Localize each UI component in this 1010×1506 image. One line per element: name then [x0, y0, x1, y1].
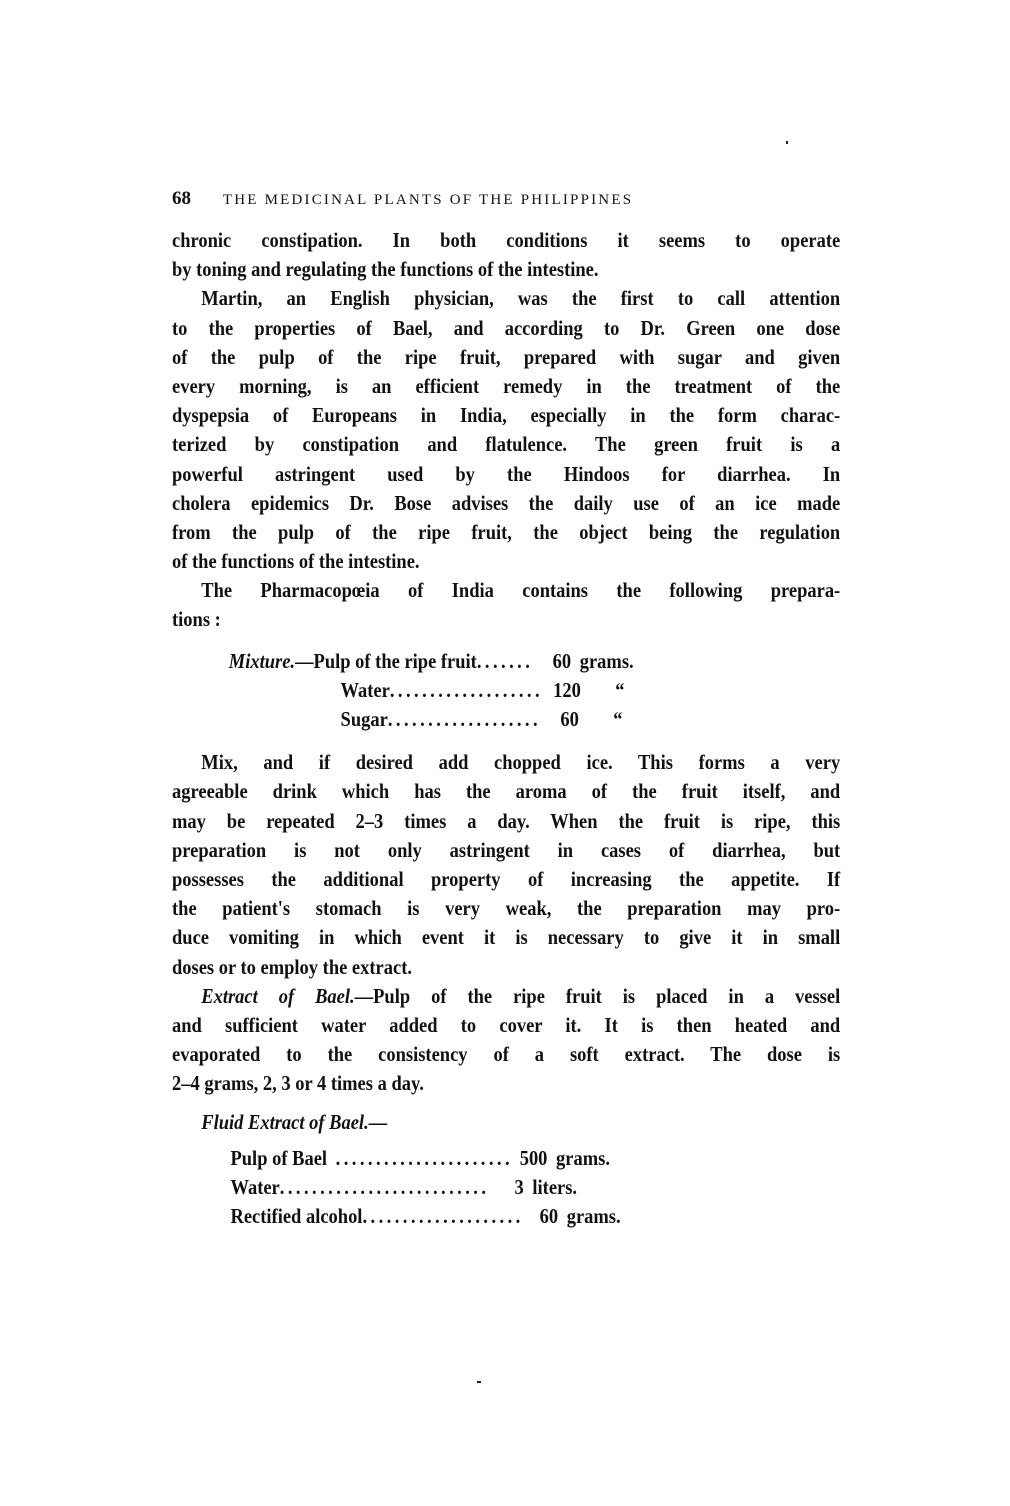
text-line: Martin, an English physician, was the fi… — [172, 284, 840, 313]
recipe-row: Mixture.—Pulp of the ripe fruit ....... … — [172, 647, 840, 676]
section-heading: Extract of Bael. — [201, 984, 354, 1008]
print-speck — [786, 141, 788, 144]
text-line: Mix, and if desired add chopped ice. Thi… — [172, 748, 840, 777]
quantity: 60 — [541, 705, 579, 734]
text-line: dyspepsia of Europeans in India, especia… — [172, 401, 840, 430]
text-line: every morning, is an efficient remedy in… — [172, 372, 840, 401]
text-line: the patient's stomach is very weak, the … — [172, 894, 840, 923]
ingredient: Water — [341, 676, 390, 705]
text-line: and sufficient water added to cover it. … — [172, 1011, 840, 1040]
quantity: 120 — [543, 676, 581, 705]
recipe-row: Sugar ................... 60 “ — [172, 705, 840, 734]
text-line: of the functions of the intestine. — [172, 547, 840, 576]
leader-dots: ................... — [388, 705, 541, 734]
paragraph-continuation: chronic constipation. In both conditions… — [172, 226, 840, 284]
running-head: 68 THE MEDICINAL PLANTS OF THE PHILIPPIN… — [172, 188, 840, 210]
paragraph-mix: Mix, and if desired add chopped ice. Thi… — [172, 748, 840, 982]
leader-dots: .................... — [362, 1202, 523, 1231]
recipe-row: Rectified alcohol .................... 6… — [172, 1202, 840, 1231]
text-line: powerful astringent used by the Hindoos … — [172, 460, 840, 489]
text-line: of the pulp of the ripe fruit, prepared … — [172, 343, 840, 372]
text-line: The Pharmacopœia of India contains the f… — [172, 576, 840, 605]
text-line: tions : — [172, 605, 840, 634]
ingredient: Sugar — [341, 705, 388, 734]
quantity: 60 — [524, 1202, 558, 1231]
ingredient: Pulp of Bael — [230, 1144, 327, 1173]
recipe-dash: — — [295, 649, 313, 673]
text-line: terized by constipation and flatulence. … — [172, 430, 840, 459]
text-line: by toning and regulating the functions o… — [172, 255, 840, 284]
fluid-extract-heading: Fluid Extract of Bael.— — [172, 1108, 840, 1137]
page-number: 68 — [172, 188, 191, 209]
recipe-row: Pulp of Bael ...................... 500 … — [172, 1144, 840, 1173]
text-line: cholera epidemics Dr. Bose advises the d… — [172, 489, 840, 518]
text-line: possesses the additional property of inc… — [172, 865, 840, 894]
unit: grams. — [547, 1144, 610, 1173]
text-line: doses or to employ the extract. — [172, 953, 840, 982]
text-line: duce vomiting in which event it is neces… — [172, 923, 840, 952]
text-line: to the properties of Bael, and according… — [172, 314, 840, 343]
page: { "page": { "folio": "68", "running_titl… — [0, 0, 1010, 1506]
unit: grams. — [571, 647, 634, 676]
quantity: 60 — [533, 647, 571, 676]
leader-dots: .......................... — [280, 1173, 490, 1202]
ingredient: Water — [230, 1173, 279, 1202]
unit: liters. — [524, 1173, 577, 1202]
text-line: agreeable drink which has the aroma of t… — [172, 777, 840, 806]
text-line: 2–4 grams, 2, 3 or 4 times a day. — [172, 1069, 840, 1098]
text-line: evaporated to the consistency of a soft … — [172, 1040, 840, 1069]
unit: “ — [581, 676, 625, 705]
quantity: 500 — [513, 1144, 547, 1173]
text-line: —Pulp of the ripe fruit is placed in a v… — [355, 984, 841, 1008]
body-text: chronic constipation. In both conditions… — [172, 226, 746, 1241]
ingredient: Pulp of the ripe fruit — [314, 649, 477, 673]
paragraph-pharmacopoeia: The Pharmacopœia of India contains the f… — [172, 576, 840, 634]
recipe-row: Water .......................... 3 liter… — [172, 1173, 840, 1202]
leader-dots: ...................... — [327, 1144, 513, 1173]
unit: “ — [579, 705, 623, 734]
print-speck — [477, 1381, 481, 1383]
text-line: chronic constipation. In both conditions… — [172, 226, 840, 255]
ingredient: Rectified alcohol — [230, 1202, 362, 1231]
leader-dots: ................... — [390, 676, 543, 705]
text-line: may be repeated 2–3 times a day. When th… — [172, 807, 840, 836]
paragraph-martin: Martin, an English physician, was the fi… — [172, 284, 840, 576]
fluid-extract-recipe: Pulp of Bael ...................... 500 … — [172, 1144, 840, 1232]
recipe-row: Water ................... 120 “ — [172, 676, 840, 705]
mixture-recipe: Mixture.—Pulp of the ripe fruit ....... … — [172, 647, 840, 735]
leader-dots: ....... — [477, 647, 533, 676]
text-line: from the pulp of the ripe fruit, the obj… — [172, 518, 840, 547]
paragraph-extract-of-bael: Extract of Bael.—Pulp of the ripe fruit … — [172, 982, 840, 1099]
recipe-heading: Mixture. — [229, 649, 295, 673]
quantity: 3 — [489, 1173, 523, 1202]
running-title: THE MEDICINAL PLANTS OF THE PHILIPPINES — [223, 192, 633, 208]
unit: grams. — [558, 1202, 621, 1231]
text-line: preparation is not only astringent in ca… — [172, 836, 840, 865]
